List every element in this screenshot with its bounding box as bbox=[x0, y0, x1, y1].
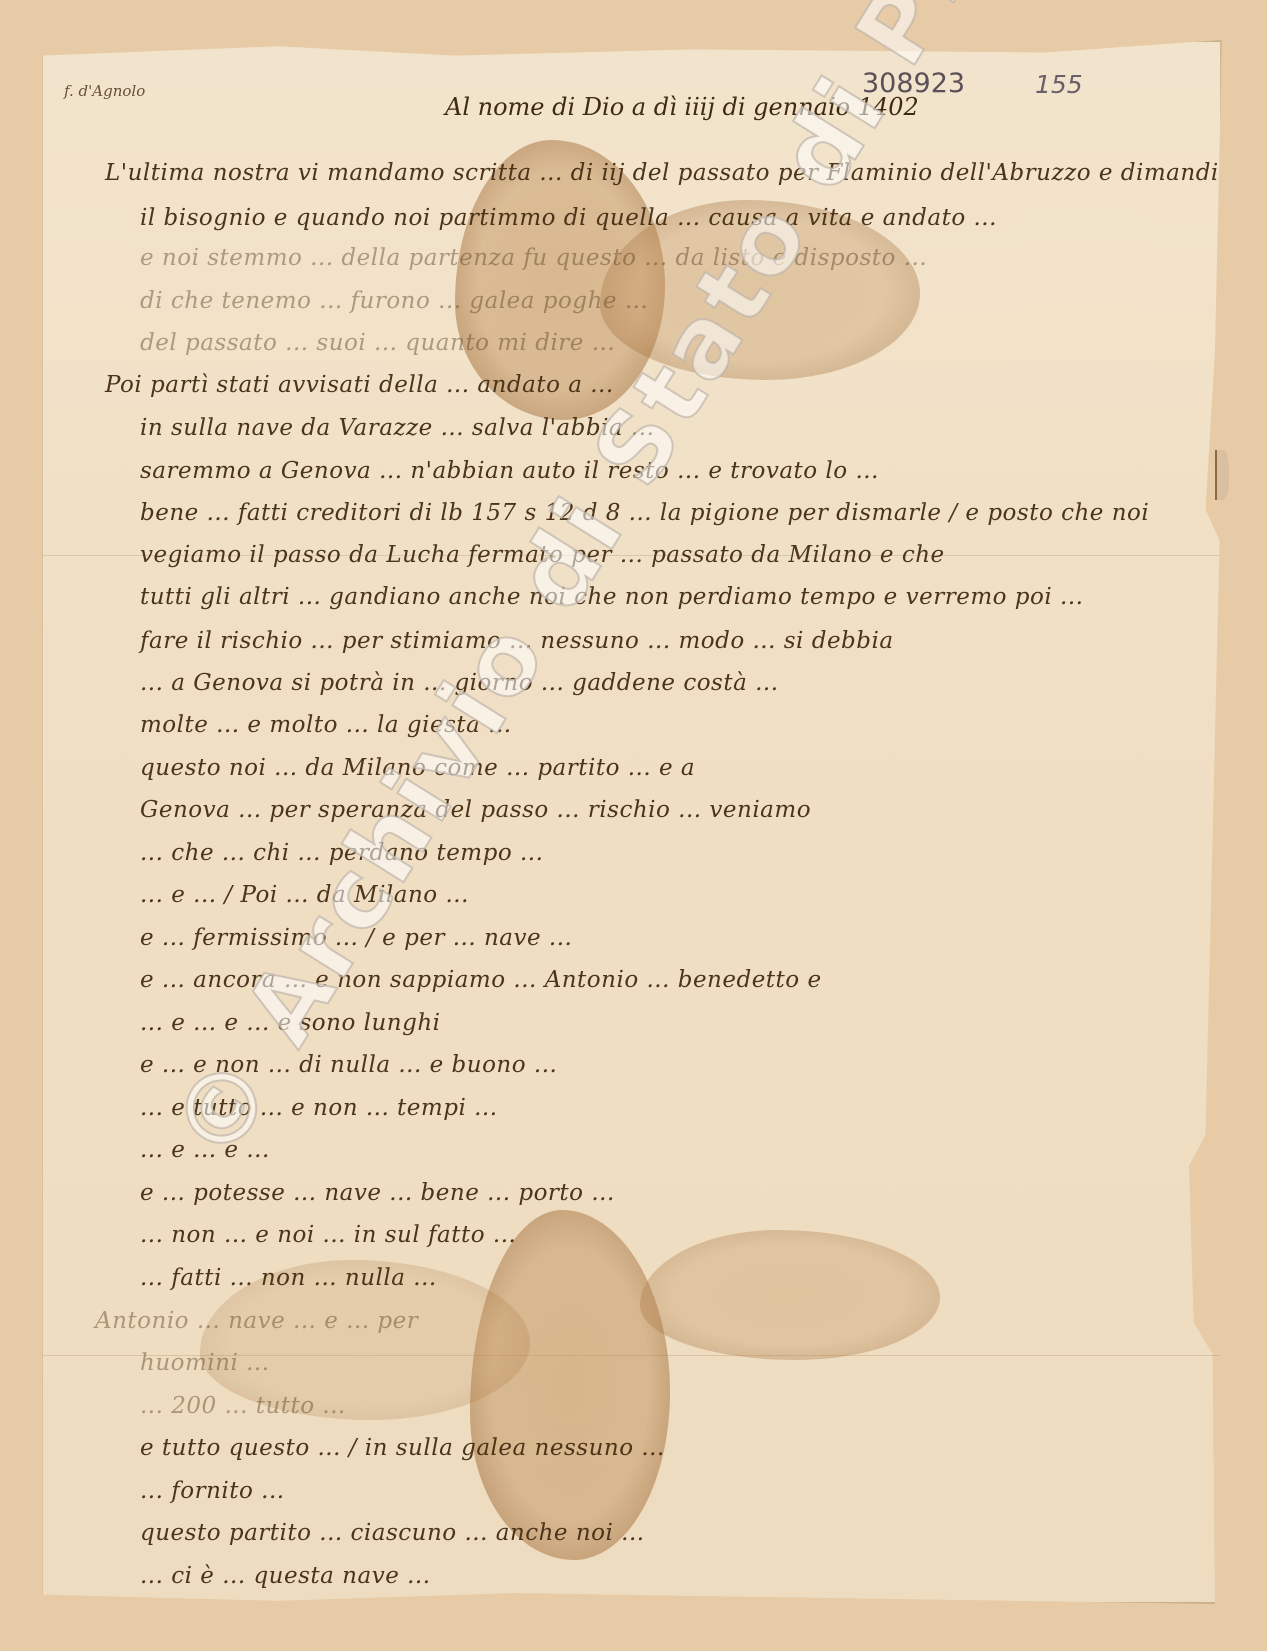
text-line: vegiamo il passo da Lucha fermato per ..… bbox=[140, 542, 945, 568]
text-line: fare il rischio ... per stimiamo ... nes… bbox=[140, 628, 894, 654]
text-line: tutti gli altri ... gandiano anche noi c… bbox=[140, 584, 1083, 610]
text-line: e tutto questo ... / in sulla galea ness… bbox=[140, 1435, 665, 1461]
text-line: ... non ... e noi ... in sul fatto ... bbox=[140, 1222, 516, 1248]
text-line: saremmo a Genova ... n'abbian auto il re… bbox=[140, 458, 879, 484]
text-line: questo partito ... ciascuno ... anche no… bbox=[140, 1520, 645, 1546]
text-line: il bisognio e quando noi partimmo di que… bbox=[140, 205, 997, 231]
text-line: ... fornito ... bbox=[140, 1478, 285, 1504]
text-line: ... e tutto ... e non ... tempi ... bbox=[140, 1095, 498, 1121]
text-line: e ... fermissimo ... / e per ... nave ..… bbox=[140, 925, 572, 951]
torn-edge bbox=[1215, 450, 1229, 500]
text-line: del passato ... suoi ... quanto mi dire … bbox=[140, 330, 615, 356]
text-line: ... ci è ... questa nave ... bbox=[140, 1563, 431, 1589]
text-line: ... e ... e ... bbox=[140, 1137, 270, 1163]
text-line: bene ... fatti creditori di lb 157 s 12 … bbox=[140, 500, 1149, 526]
folio-number: 155 bbox=[1035, 70, 1083, 99]
text-line: ... a Genova si potrà in ... giorno ... … bbox=[140, 670, 779, 696]
text-line: Genova ... per speranza del passo ... ri… bbox=[140, 797, 811, 823]
text-line: molte ... e molto ... la giesta ... bbox=[140, 712, 512, 738]
text-line: di che tenemo ... furono ... galea poghe… bbox=[140, 288, 648, 314]
text-line: Poi partì stati avvisati della ... andat… bbox=[105, 372, 614, 398]
text-line: huomini ... bbox=[140, 1350, 270, 1376]
text-line: ... 200 ... tutto ... bbox=[140, 1393, 346, 1419]
text-line: e ... potesse ... nave ... bene ... port… bbox=[140, 1180, 615, 1206]
text-line: ... fatti ... non ... nulla ... bbox=[140, 1265, 437, 1291]
margin-note: f. d'Agnolo bbox=[64, 82, 145, 100]
text-line: questo noi ... da Milano come ... partit… bbox=[140, 755, 695, 781]
text-line: e noi stemmo ... della partenza fu quest… bbox=[140, 245, 927, 271]
text-line: ... e ... e ... e sono lunghi bbox=[140, 1010, 441, 1036]
text-line: ... e ... / Poi ... da Milano ... bbox=[140, 882, 469, 908]
text-line: e ... e non ... di nulla ... e buono ... bbox=[140, 1052, 557, 1078]
text-line: Antonio ... nave ... e ... per bbox=[95, 1308, 418, 1334]
text-line: L'ultima nostra vi mandamo scritta ... d… bbox=[105, 160, 1219, 186]
text-line: ... che ... chi ... perdano tempo ... bbox=[140, 840, 543, 866]
letter-heading: Al nome di Dio a dì iiij di gennaio 1402 bbox=[445, 93, 919, 121]
text-line: e ... ancora ... e non sappiamo ... Anto… bbox=[140, 967, 822, 993]
text-line: in sulla nave da Varazze ... salva l'abb… bbox=[140, 415, 654, 441]
